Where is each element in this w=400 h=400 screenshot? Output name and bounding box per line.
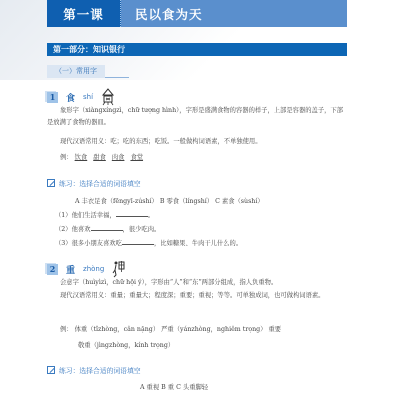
example-word: 甜食: [93, 154, 106, 161]
section-underline: [105, 77, 129, 78]
example-word: 饮食: [75, 154, 88, 161]
lesson-number: 第一课: [47, 0, 121, 27]
lesson-title: 民以食为天: [121, 0, 347, 27]
lesson-header: 第一课 民以食为天: [47, 0, 347, 27]
character-pinyin: zhòng: [83, 265, 104, 273]
character-usage: 现代汉语常用义：重量；重量大；程度深；重要；重视；等等。可单独成词，也可做构词语…: [47, 290, 347, 302]
part-title: 第一部分：知识银行: [47, 43, 347, 56]
examples-line: 例： 饮食 甜食 肉食 食堂: [60, 152, 143, 161]
character-heading-1: 1 食 shí: [47, 88, 115, 106]
character-description: 象形字（xiàngxíngzì，chữ tượng hình），字形是盛满食物的…: [47, 105, 347, 129]
answer-blank[interactable]: [116, 210, 148, 217]
question-1: （1）他们生活幸福，。: [55, 210, 154, 219]
example-word: 食堂: [130, 154, 143, 161]
question-3: （3）很多小朋友喜欢吃，比如糖果、牛肉干儿什么的。: [55, 238, 242, 247]
question-2: （2）他喜欢，很少吃肉。: [55, 224, 160, 233]
exercise-heading-1: 练习：选择合适的词语填空: [47, 178, 141, 188]
exercise-options: A 重视 B 重 C 头重脚轻: [140, 382, 208, 391]
exercise-title: 练习：选择合适的词语填空: [59, 365, 141, 375]
example-words: 体重（tǐzhòng，cân nặng） 严重（yánzhòng，nghiêm …: [75, 326, 281, 333]
pencil-edit-icon: [47, 366, 55, 374]
question-text: ，比如糖果、牛肉干儿什么的。: [154, 240, 242, 247]
character: 食: [66, 91, 75, 104]
exercise-heading-2: 练习：选择合适的词语填空: [47, 365, 141, 375]
character-description: 会意字（huìyìzì，chữ hội ý），字形由“人”和“东”两部分组成，指…: [47, 277, 347, 289]
number-badge: 2: [47, 264, 58, 275]
question-text: （1）他们生活幸福，: [55, 212, 116, 219]
ancient-food-glyph-icon: [101, 88, 115, 106]
answer-blank[interactable]: [91, 224, 123, 231]
question-text: ，很少吃肉。: [123, 226, 161, 233]
number-badge: 1: [47, 92, 58, 103]
character-heading-2: 2 重 zhòng: [47, 260, 126, 278]
character-pinyin: shí: [83, 93, 93, 101]
question-text: （3）很多小朋友喜欢吃: [55, 240, 122, 247]
section-tab: （一）常用字: [47, 65, 129, 78]
character-usage: 现代汉语常用义：吃；吃的东西；吃饭。一般做构词语素，不单独使用。: [47, 136, 347, 148]
ancient-heavy-glyph-icon: [112, 260, 126, 278]
exercise-options: A 丰衣足食（fēngyī-zúshí） B 零食（língshí） C 素食（…: [75, 196, 264, 205]
question-text: 。: [148, 212, 154, 219]
exercise-title: 练习：选择合适的词语填空: [59, 178, 141, 188]
answer-blank[interactable]: [122, 238, 154, 245]
section-title: （一）常用字: [47, 65, 105, 78]
examples-label: 例：: [60, 326, 73, 333]
examples-line-2: 敬重（jìngzhòng，kính trọng）: [78, 340, 174, 349]
examples-line: 例： 体重（tǐzhòng，cân nặng） 严重（yánzhòng，nghi…: [60, 324, 281, 333]
pencil-edit-icon: [47, 179, 55, 187]
examples-label: 例：: [60, 154, 73, 161]
example-word: 肉食: [112, 154, 125, 161]
question-text: （2）他喜欢: [55, 226, 91, 233]
character: 重: [66, 263, 75, 276]
